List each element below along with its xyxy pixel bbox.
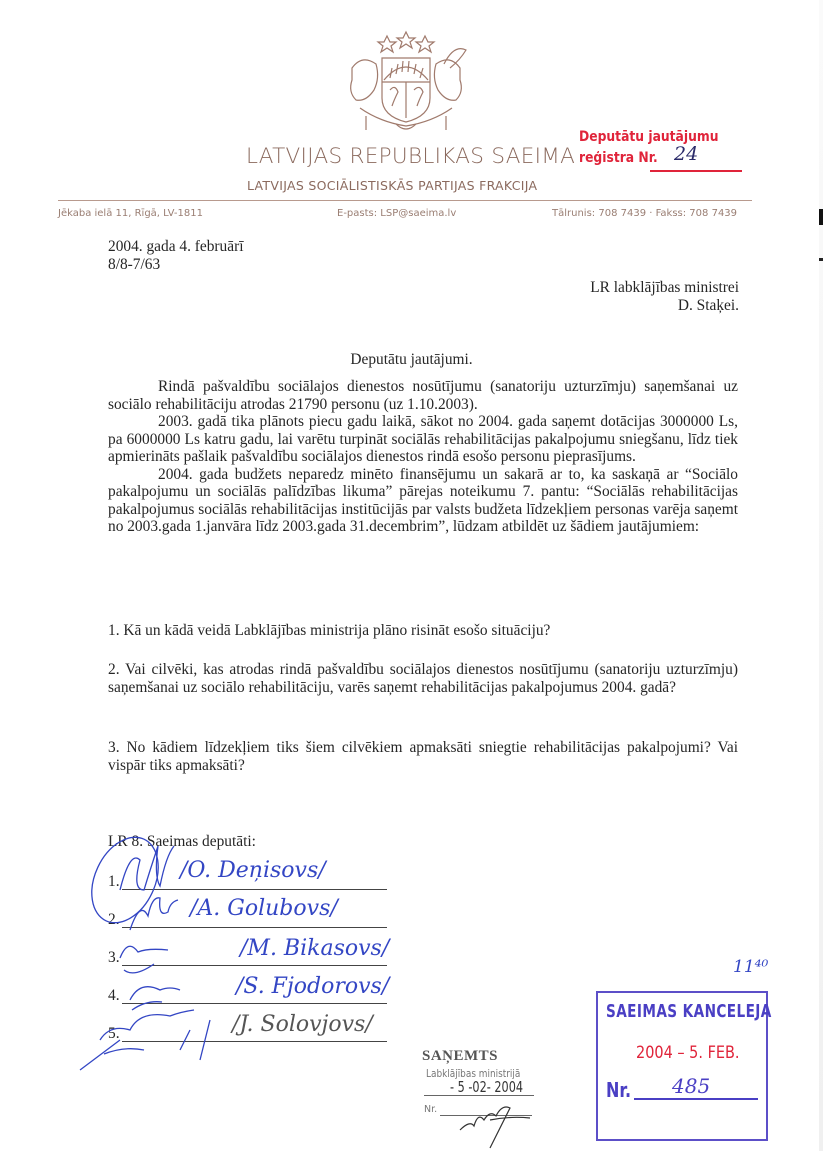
register-number-underline [650, 170, 742, 172]
signer-name: /J. Solovjovs/ [232, 1012, 373, 1037]
letterhead-divider [58, 200, 752, 201]
received-signature [450, 1090, 540, 1150]
signer-name: /S. Fjodorovs/ [236, 974, 389, 999]
register-number: 24 [674, 143, 698, 165]
stamp-date: 2004 – 5. FEB. [636, 1043, 740, 1063]
institution-name: LATVIJAS REPUBLIKAS SAEIMA [246, 144, 575, 169]
latvia-coat-of-arms-icon [340, 28, 472, 138]
email-link[interactable]: E-pasts: LSP@saeima.lv [337, 208, 456, 219]
question: 2. Vai cilvēki, kas atrodas rindā pašval… [108, 661, 738, 696]
question: 1. Kā un kādā veidā Labklājības ministri… [108, 622, 738, 640]
stamp-nr-underline [634, 1098, 758, 1100]
stamp-title: SAEIMAS KANCELEJA [606, 1002, 772, 1022]
paragraph: Rindā pašvaldību sociālajos dienestos no… [108, 378, 738, 413]
recipient-line2: D. Staķei. [678, 297, 739, 315]
paragraph: 2003. gadā tika plānots piecu gadu laikā… [108, 413, 738, 466]
letter-date: 2004. gada 4. februārī [108, 238, 243, 256]
time-note: 11⁴⁰ [733, 957, 768, 977]
letter-reference: 8/8-7/63 [108, 256, 160, 274]
address: Jēkaba ielā 11, Rīgā, LV-1811 [58, 208, 203, 219]
signer-name: /A. Golubovs/ [190, 896, 338, 921]
scan-edge [819, 0, 823, 1151]
scan-mark [819, 258, 823, 261]
received-stamp-nr-label: Nr. [424, 1104, 437, 1115]
stamp-nr-value: 485 [672, 1074, 710, 1098]
letter-title: Deputātu jautājumi. [0, 351, 823, 369]
signer-name: /O. Deņisovs/ [180, 858, 326, 883]
paragraph: 2004. gada budžets neparedz minēto finan… [108, 466, 738, 536]
register-stamp-line2: reģistra Nr. [579, 150, 658, 166]
faction-name: LATVIJAS SOCIĀLISTISKĀS PARTIJAS FRAKCIJ… [247, 178, 537, 193]
stamp-nr-label: Nr. [606, 1078, 631, 1102]
phone-fax: Tālrunis: 708 7439 · Fakss: 708 7439 [552, 208, 737, 219]
question: 3. No kādiem līdzekļiem tiks šiem cilvēk… [108, 739, 738, 774]
letter-body: Rindā pašvaldību sociālajos dienestos no… [108, 378, 738, 536]
recipient-line1: LR labklājības ministrei [590, 279, 739, 297]
received-stamp-title: SAŅEMTS [422, 1048, 498, 1065]
scan-mark [819, 209, 823, 225]
signer-name: /M. Bikasovs/ [240, 936, 389, 961]
